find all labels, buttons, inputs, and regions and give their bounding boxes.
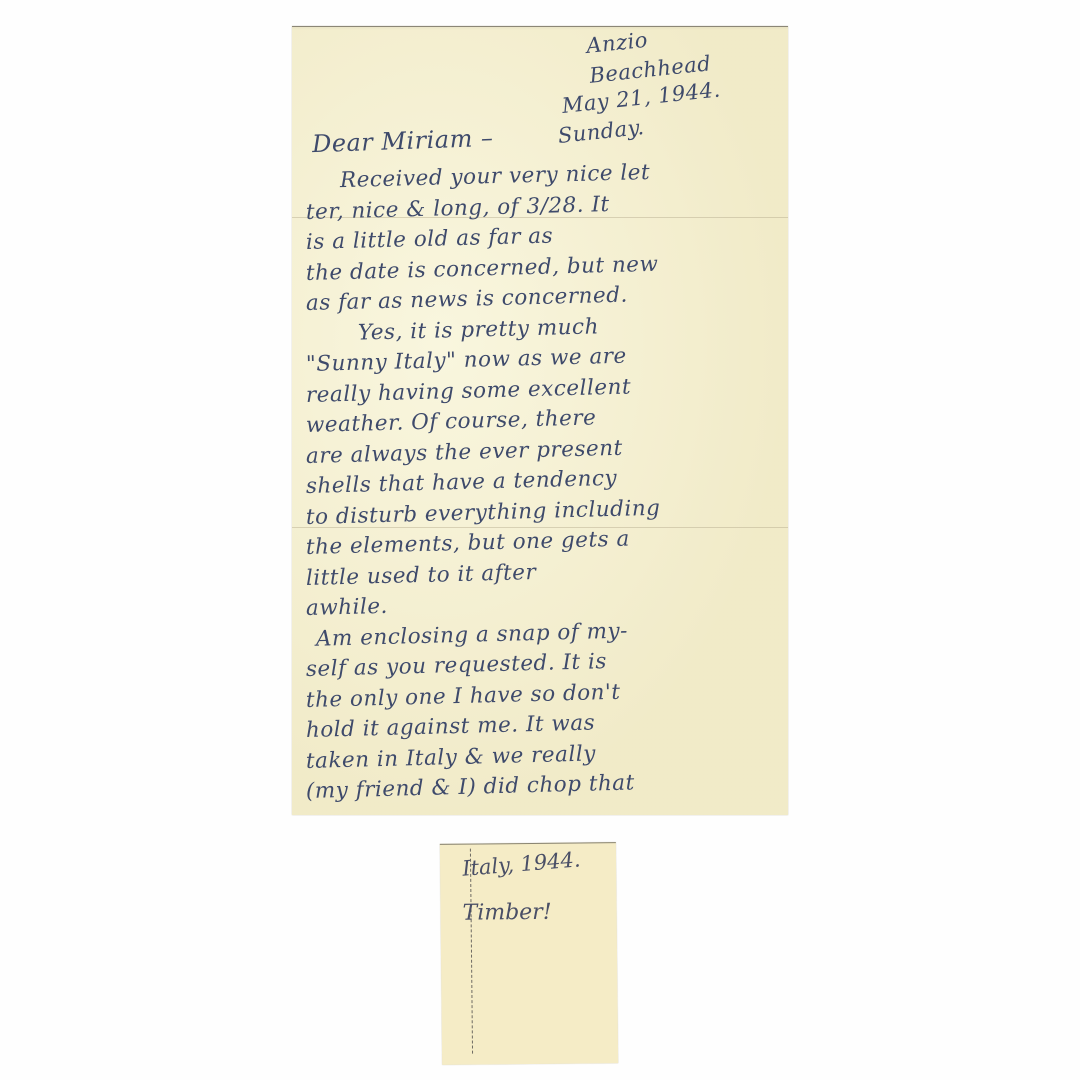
scan-stage: Anzio Beachhead May 21, 1944. Sunday. De… [0, 0, 1080, 1080]
photo-caption-note: Italy, 1944. Timber! [440, 842, 618, 1065]
caption-line-exclamation: Timber! [462, 900, 551, 926]
letter-body: Received your very nice let ter, nice & … [306, 167, 776, 808]
caption-line-place-year: Italy, 1944. [461, 847, 581, 880]
handwritten-letter-page: Anzio Beachhead May 21, 1944. Sunday. De… [292, 26, 788, 815]
letter-salutation: Dear Miriam – [312, 124, 494, 158]
letter-header: Anzio Beachhead May 21, 1944. Sunday. [548, 31, 748, 151]
